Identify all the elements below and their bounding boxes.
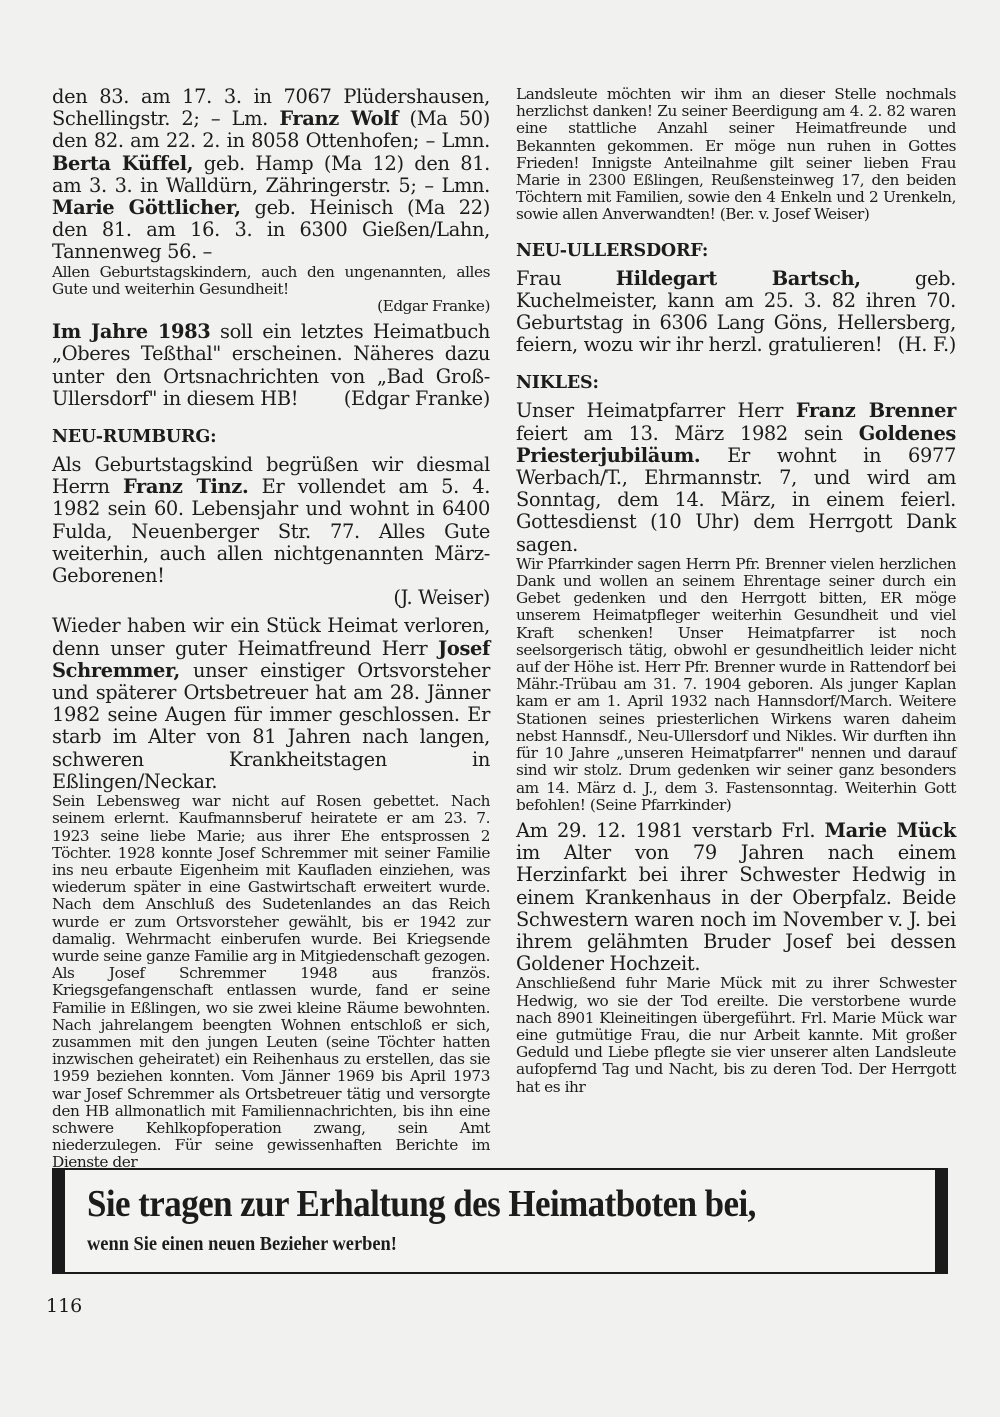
person-name: Marie Mück	[825, 819, 956, 842]
signature: (Edgar Franke)	[52, 298, 490, 315]
obituary-marie-mueck: Am 29. 12. 1981 verstarb Frl. Marie Mück…	[516, 820, 956, 975]
page-number: 116	[46, 1295, 82, 1317]
right-column: Landsleute möchten wir ihm an dieser Ste…	[516, 86, 956, 1102]
birthday-paragraph-hildegart-bartsch: Frau Hildegart Bartsch, geb. Kuchelmeist…	[516, 268, 956, 357]
section-heading-nikles: NIKLES:	[516, 372, 956, 394]
section-heading-neu-rumburg: NEU-RUMBURG:	[52, 426, 490, 448]
left-column: den 83. am 17. 3. in 7067 Plüdershausen,…	[52, 86, 490, 1178]
banner-title: Sie tragen zur Erhaltung des Heimatboten…	[87, 1182, 756, 1226]
parish-thanks-paragraph: Wir Pfarrkinder sagen Herrn Pfr. Brenner…	[516, 556, 956, 814]
person-name: Hildegart Bartsch,	[616, 267, 861, 290]
signature: (H. F.)	[897, 334, 956, 356]
banner-subtitle: wenn Sie einen neuen Bezieher werben!	[87, 1232, 397, 1256]
jubilee-paragraph-franz-brenner: Unser Heimatpfarrer Herr Franz Brenner f…	[516, 400, 956, 555]
birthday-list-paragraph: den 83. am 17. 3. in 7067 Plüdershausen,…	[52, 86, 490, 264]
biography-josef-schremmer: Sein Lebensweg war nicht auf Rosen gebet…	[52, 793, 490, 1171]
subscriber-appeal-banner: Sie tragen zur Erhaltung des Heimatboten…	[52, 1168, 948, 1274]
birthday-paragraph-franz-tinz: Als Geburtstagskind begrüßen wir diesmal…	[52, 454, 490, 609]
person-name: Berta Küffel,	[52, 152, 193, 175]
person-name: Franz Tinz.	[123, 475, 248, 498]
birthday-wishes-paragraph: Allen Geburtstagskindern, auch den ungen…	[52, 264, 490, 316]
person-name: Marie Göttlicher,	[52, 196, 241, 219]
heimatbuch-announcement: Im Jahre 1983 soll ein letztes Heimatbuc…	[52, 321, 490, 410]
obituary-josef-schremmer: Wieder haben wir ein Stück Heimat verlor…	[52, 615, 490, 793]
person-name: Franz Wolf	[279, 107, 398, 130]
section-heading-neu-ullersdorf: NEU-ULLERSDORF:	[516, 240, 956, 262]
signature: (J. Weiser)	[52, 587, 490, 609]
obituary-continuation: Landsleute möchten wir ihm an dieser Ste…	[516, 86, 956, 224]
signature: (Edgar Franke)	[344, 388, 490, 410]
person-name: Franz Brenner	[796, 399, 956, 422]
biography-marie-mueck: Anschließend fuhr Marie Mück mit zu ihre…	[516, 975, 956, 1095]
